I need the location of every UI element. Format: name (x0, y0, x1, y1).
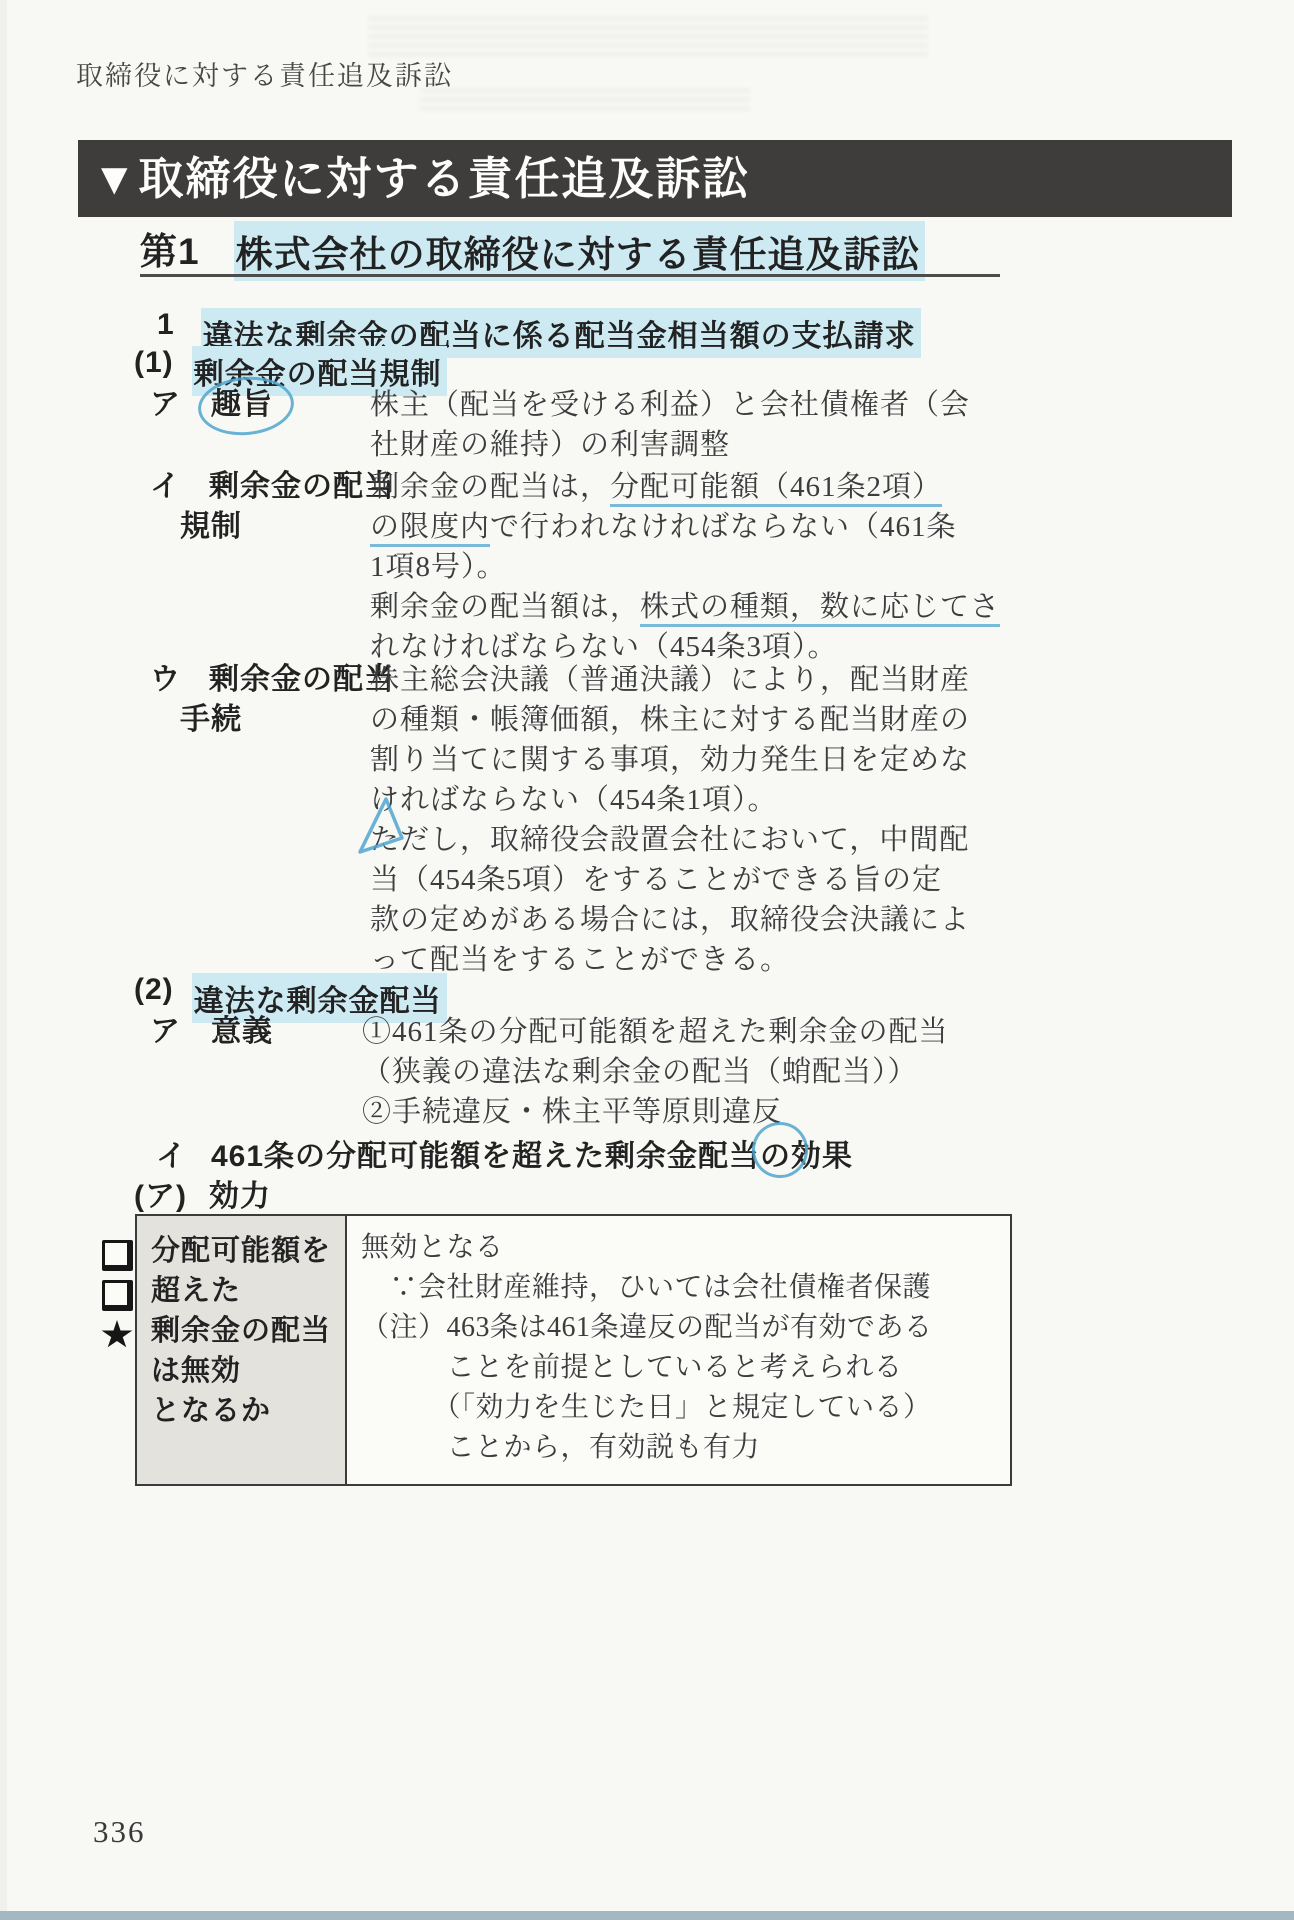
igi-text: ①461条の分配可能額を超えた剰余金の配当 （狭義の違法な剰余金の配当（蛸配当）… (362, 1012, 949, 1132)
kana-marker: ア (150, 1012, 181, 1052)
section-heading: 第1 株式会社の取締役に対する責任追及訴訟 (140, 221, 925, 281)
heading-underline (140, 274, 1000, 277)
running-header: 取締役に対する責任追及訴訟 (76, 54, 453, 93)
page-number: 336 (93, 1814, 146, 1850)
margin-marks (101, 1240, 133, 1350)
row-label-haito-kisei: イ 剰余金の配当 規制 (150, 467, 395, 547)
text-segment: で行われなければならない（461条 (490, 511, 957, 543)
qa-table: 分配可能額を超えた 剰余金の配当は無効 となるか 無効となる ∵会社財産維持，ひ… (135, 1214, 1012, 1486)
kana-marker: ウ (150, 660, 181, 700)
pen-underlined-text: 株式の種類，数に応じてさ (640, 591, 1000, 627)
pen-underlined-text: の限度内 (370, 511, 490, 547)
row-label: 剰余金の配当 (209, 467, 395, 507)
row-heading-koryoku: (ア) 効力 (134, 1171, 271, 1215)
text-segment: 剰余金の配当額は， (370, 591, 640, 623)
page-bleedthrough (420, 84, 750, 110)
row-label-igi: ア 意義 (150, 1012, 273, 1052)
scan-edge (0, 0, 7, 1920)
shushi-text: 株主（配当を受ける利益）と会社債権者（会 社財産の維持）の利害調整 (370, 385, 970, 465)
item-title: 効力 (209, 1171, 271, 1215)
scan-edge (0, 1911, 1294, 1920)
item-number: (ア) (134, 1171, 187, 1215)
row-heading-461-effect: イ 461条の分配可能額を超えた剰余金配当の効果 (156, 1131, 853, 1175)
row-label: 意義 (211, 1012, 273, 1052)
text-segment: 剰余金の配当は， (370, 471, 610, 503)
text-segment: 1項8号）。 (370, 551, 507, 583)
textbook-page: 取締役に対する責任追及訴訟 ▼取締役に対する責任追及訴訟 第1 株式会社の取締役… (0, 0, 1294, 1920)
text-segment: れなければならない（454条3項）。 (370, 631, 838, 663)
pen-underlined-text: 分配可能額（461条2項） (610, 471, 942, 507)
checkbox-icon (102, 1240, 133, 1271)
row-label-line2: 規制 (180, 507, 395, 547)
chapter-banner: ▼取締役に対する責任追及訴訟 (78, 140, 1232, 217)
row-label-haito-tetsuzuki: ウ 剰余金の配当 手続 (150, 660, 395, 740)
qa-question-cell: 分配可能額を超えた 剰余金の配当は無効 となるか (137, 1216, 347, 1484)
pen-triangle-mark (356, 796, 410, 858)
kana-marker: ア (150, 385, 181, 425)
section-number: 第1 (140, 221, 200, 281)
section-title: 株式会社の取締役に対する責任追及訴訟 (234, 221, 925, 281)
page-bleedthrough (368, 12, 928, 56)
star-icon (101, 1320, 133, 1350)
kana-marker: イ (156, 1131, 187, 1175)
kana-marker: イ (150, 467, 181, 507)
dividend-regulation-text: 剰余金の配当は，分配可能額（461条2項） の限度内で行われなければならない（4… (370, 467, 1000, 667)
checkbox-icon (102, 1280, 133, 1311)
dividend-procedure-text: 株主総会決議（普通決議）により，配当財産 の種類・帳簿価額，株主に対する配当財産… (370, 660, 970, 980)
qa-answer-cell: 無効となる ∵会社財産維持，ひいては会社債権者保護 （注）463条は461条違反… (347, 1216, 1010, 1484)
row-label-line2: 手続 (180, 700, 395, 740)
row-label: 剰余金の配当 (209, 660, 395, 700)
